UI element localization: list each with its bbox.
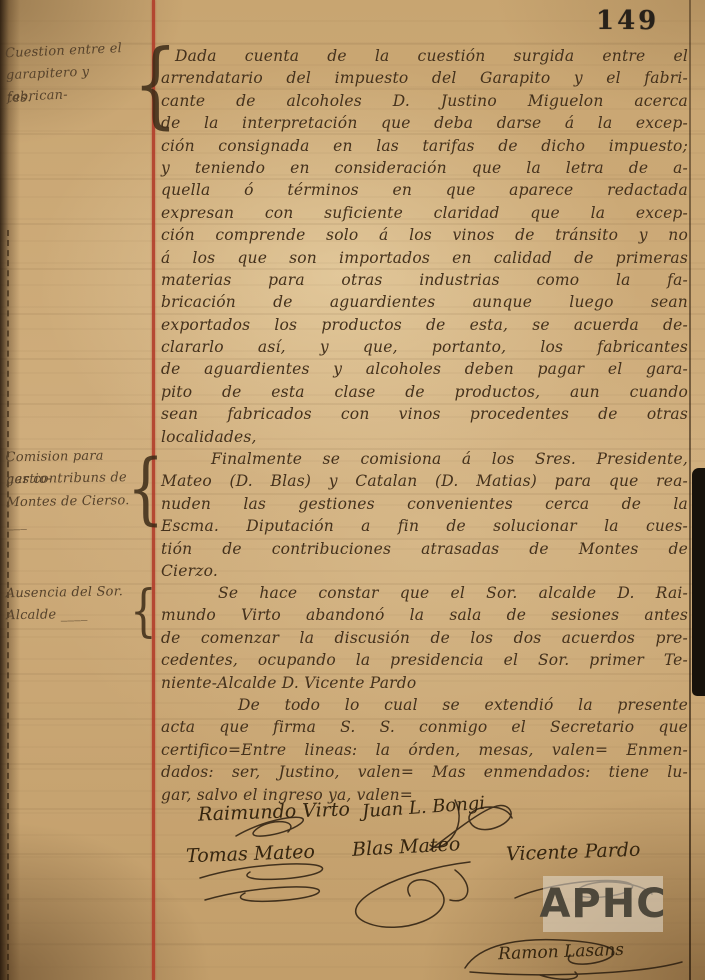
brace-left-icon: { <box>130 584 157 640</box>
page-number: 149 <box>596 6 659 36</box>
paragraph-ausencia: Se hace constar que el Sor. alcalde D. R… <box>161 582 688 694</box>
signature-blas-mateo: Blas Mateo <box>351 833 460 861</box>
manuscript-line: pito de esta clase de productos, aun cua… <box>161 381 688 403</box>
manuscript-line: cedentes, ocupando la presidencia el Sor… <box>161 649 688 671</box>
manuscript-line: acta que firma S. S. conmigo el Secretar… <box>161 716 688 738</box>
manuscript-page: 149 Cuestion entre el garapitero y fabri… <box>0 0 705 980</box>
archive-watermark: APHC <box>543 876 663 932</box>
signature-ramon: Ramon Lasans <box>498 940 625 964</box>
manuscript-line: ción comprende solo á los vinos de tráns… <box>161 224 688 246</box>
manuscript-line: De todo lo cual se extendió la presente <box>161 694 688 716</box>
signature-vicente-pardo: Vicente Pardo <box>506 839 641 866</box>
manuscript-line: Dada cuenta de la cuestión surgida entre… <box>161 45 688 67</box>
manuscript-line: niente-Alcalde D. Vicente Pardo <box>161 672 688 694</box>
manuscript-line: Se hace constar que el Sor. alcalde D. R… <box>161 582 688 604</box>
manuscript-line: ción consignada en las tarifas de dicho … <box>161 135 688 157</box>
manuscript-line: localidades, <box>161 426 688 448</box>
manuscript-line: dados: ser, Justino, valen= Mas enmendad… <box>161 761 688 783</box>
page-edge-shadow <box>692 468 705 696</box>
manuscript-line: y teniendo en consideración que la letra… <box>161 157 688 179</box>
brace-left-icon: { <box>127 450 164 528</box>
manuscript-line: Mateo (D. Blas) y Catalan (D. Matias) pa… <box>161 470 688 492</box>
signature-tomas-mateo: Tomas Mateo <box>186 841 316 867</box>
manuscript-line: expresan con suficiente claridad que la … <box>161 202 688 224</box>
manuscript-line: tión de contribuciones atrasadas de Mont… <box>161 538 688 560</box>
paragraph-comision: Finalmente se comisiona á los Sres. Pres… <box>161 448 688 582</box>
manuscript-line: mundo Virto abandonó la sala de sesiones… <box>161 604 688 626</box>
manuscript-line: bricación de aguardientes aunque luego s… <box>161 291 688 313</box>
manuscript-line: cante de alcoholes D. Justino Miguelon a… <box>161 90 688 112</box>
paragraph-cierre: De todo lo cual se extendió la presente … <box>161 694 688 806</box>
manuscript-line: de la interpretación que deba darse á la… <box>161 112 688 134</box>
manuscript-line: clararlo así, y que, portanto, los fabri… <box>161 336 688 358</box>
manuscript-line: nuden las gestiones convenientes cerca d… <box>161 493 688 515</box>
manuscript-line: Cierzo. <box>161 560 688 582</box>
manuscript-line: de comenzar la discusión de los dos acue… <box>161 627 688 649</box>
manuscript-line: quella ó términos en que aparece redacta… <box>161 179 688 201</box>
manuscript-line: exportados los productos de esta, se acu… <box>161 314 688 336</box>
paragraph-garapito: Dada cuenta de la cuestión surgida entre… <box>161 45 688 448</box>
manuscript-line: de aguardientes y alcoholes deben pagar … <box>161 358 688 380</box>
signature-raimundo-virto: Raimundo Virto <box>198 798 351 825</box>
manuscript-line: arrendatario del impuesto del Garapito y… <box>161 67 688 89</box>
manuscript-line: á los que son importados en calidad de p… <box>161 247 688 269</box>
manuscript-line: sean fabricados con vinos procedentes de… <box>161 403 688 425</box>
manuscript-line: materias para otras industrias como la f… <box>161 269 688 291</box>
manuscript-line: Escma. Diputación a fin de solucionar la… <box>161 515 688 537</box>
margin-note-garapitero: Cuestion entre el garapitero y fabrican-… <box>5 37 154 110</box>
watermark-text: APHC <box>539 881 666 927</box>
page-edge-line <box>689 0 691 980</box>
manuscript-line: certifico=Entre lineas: la órden, mesas,… <box>161 739 688 761</box>
manuscript-line: Finalmente se comisiona á los Sres. Pres… <box>161 448 688 470</box>
